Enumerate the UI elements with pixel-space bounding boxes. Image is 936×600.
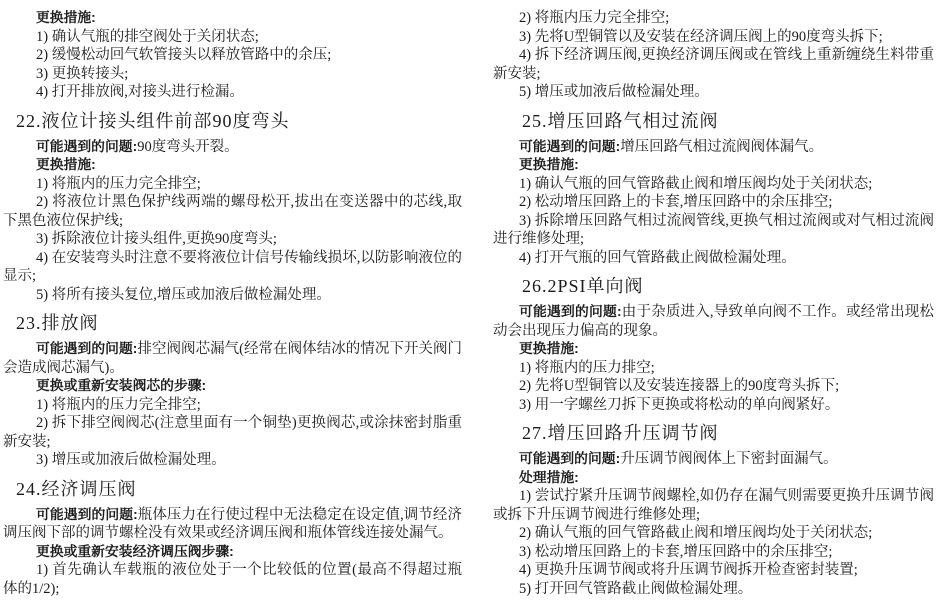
paragraph-text: 1) 首先确认车载瓶的液位处于一个比较低的位置(最高不得超过瓶体的1/2);: [3, 562, 462, 597]
procedure-step: 3) 更换转接头;: [3, 65, 462, 84]
bold-label: 处理措施:: [519, 470, 579, 485]
section-heading: 25.增压回路气相过流阀: [522, 110, 934, 133]
paragraph-text: 4) 打开气瓶的回气管路截止阀做检漏处理。: [519, 250, 796, 266]
bold-label: 可能遇到的问题:: [519, 139, 620, 154]
paragraph-text: 增压回路气相过流阀阀体漏气。: [620, 139, 823, 155]
paragraph-text: 1) 尝试拧紧升压调节阀螺栓,如仍存在漏气则需要更换升压调节阀或拆下升压调节阀进…: [493, 488, 934, 523]
paragraph-text: 5) 增压或加液后做检漏处理。: [519, 84, 709, 100]
procedure-step: 1) 尝试拧紧升压调节阀螺栓,如仍存在漏气则需要更换升压调节阀或拆下升压调节阀进…: [493, 487, 934, 524]
manual-document-page: 更换措施:1) 确认气瓶的排空阀处于关闭状态;2) 缓慢松动回气软管接头以释放管…: [0, 0, 936, 600]
left-text-column: 更换措施:1) 确认气瓶的排空阀处于关闭状态;2) 缓慢松动回气软管接头以释放管…: [3, 9, 462, 598]
procedure-step: 2) 将液位计黑色保护线两端的螺母松开,拔出在变送器中的芯线,取下黑色液位保护线…: [3, 193, 462, 230]
paragraph-text: 3) 增压或加液后做检漏处理。: [36, 452, 226, 468]
procedure-step: 1) 将瓶内的压力完全排空;: [3, 175, 462, 194]
section-heading: 22.液位计接头组件前部90度弯头: [16, 110, 462, 133]
bold-label: 更换措施:: [519, 341, 579, 356]
bold-label: 更换措施:: [519, 157, 579, 172]
bold-label: 可能遇到的问题:: [519, 451, 620, 466]
procedure-step: 5) 增压或加液后做检漏处理。: [493, 83, 934, 102]
right-text-column: 2) 将瓶内压力完全排空;3) 先将U型铜管以及安装在经济调压阀上的90度弯头拆…: [493, 9, 934, 598]
procedure-step: 1) 将瓶内的压力完全排空;: [3, 396, 462, 415]
procedure-step: 5) 将所有接头复位,增压或加液后做检漏处理。: [3, 286, 462, 305]
paragraph-text: 2) 先将U型铜管以及安装连接器上的90度弯头拆下;: [519, 378, 839, 394]
paragraph-text: 2) 将瓶内压力完全排空;: [519, 10, 669, 26]
procedure-step: 4) 更换升压调节阀或将升压调节阀拆开检查密封装置;: [493, 561, 934, 580]
procedure-step: 5) 打开回气管路截止阀做检漏处理。: [493, 580, 934, 599]
paragraph-label-line: 更换或重新安装经济调压阀步骤:: [3, 543, 462, 562]
section-heading: 27.增压回路升压调节阀: [522, 422, 934, 445]
procedure-step: 4) 拆下经济调压阀,更换经济调压阀或在管线上重新缠绕生料带重新安装;: [493, 46, 934, 83]
paragraph-text: 1) 确认气瓶的回气管路截止阀和增压阀均处于关闭状态;: [519, 176, 872, 192]
procedure-step: 3) 拆除增压回路气相过流阀管线,更换气相过流阀或对气相过流阀进行维修处理;: [493, 212, 934, 249]
section-heading: 26.2PSI单向阀: [522, 275, 934, 298]
procedure-step: 3) 先将U型铜管以及安装在经济调压阀上的90度弯头拆下;: [493, 28, 934, 47]
paragraph-label-line: 更换措施:: [493, 156, 934, 175]
procedure-step: 4) 打开气瓶的回气管路截止阀做检漏处理。: [493, 249, 934, 268]
paragraph-text: 3) 拆除液位计接头组件,更换90度弯头;: [36, 231, 277, 247]
paragraph-text: 4) 在安装弯头时注意不要将液位计信号传输线损坏,以防影响液位的显示;: [3, 250, 462, 285]
paragraph-text: 1) 将瓶内的压力排空;: [519, 360, 655, 376]
procedure-step: 2) 松动增压回路上的卡套,增压回路中的余压排空;: [493, 193, 934, 212]
paragraph-text: 5) 将所有接头复位,增压或加液后做检漏处理。: [36, 287, 331, 303]
paragraph-label-line: 可能遇到的问题:瓶体压力在行使过程中无法稳定在设定值,调节经济调压阀下部的调节螺…: [3, 506, 462, 543]
procedure-step: 1) 将瓶内的压力排空;: [493, 359, 934, 378]
paragraph-text: 3) 先将U型铜管以及安装在经济调压阀上的90度弯头拆下;: [519, 29, 883, 45]
procedure-step: 3) 松动增压回路上的卡套,增压回路中的余压排空;: [493, 543, 934, 562]
paragraph-text: 5) 打开回气管路截止阀做检漏处理。: [519, 581, 752, 597]
paragraph-label-line: 更换或重新安装阀芯的步骤:: [3, 377, 462, 396]
paragraph-label-line: 可能遇到的问题:90度弯头开裂。: [3, 138, 462, 157]
paragraph-text: 4) 拆下经济调压阀,更换经济调压阀或在管线上重新缠绕生料带重新安装;: [493, 47, 934, 82]
paragraph-text: 4) 更换升压调节阀或将升压调节阀拆开检查密封装置;: [519, 562, 858, 578]
paragraph-text: 升压调节阀阀体上下密封面漏气。: [620, 451, 838, 467]
paragraph-text: 3) 松动增压回路上的卡套,增压回路中的余压排空;: [519, 544, 832, 560]
bold-label: 可能遇到的问题:: [519, 304, 622, 319]
procedure-step: 1) 首先确认车载瓶的液位处于一个比较低的位置(最高不得超过瓶体的1/2);: [3, 561, 462, 598]
paragraph-text: 2) 松动增压回路上的卡套,增压回路中的余压排空;: [519, 194, 832, 210]
procedure-step: 1) 确认气瓶的回气管路截止阀和增压阀均处于关闭状态;: [493, 175, 934, 194]
paragraph-text: 2) 拆下排空阀阀芯(注意里面有一个铜垫)更换阀芯,或涂抹密封脂重新安装;: [3, 415, 462, 450]
bold-label: 更换措施:: [36, 157, 96, 172]
paragraph-text: 3) 更换转接头;: [36, 66, 128, 82]
procedure-step: 4) 在安装弯头时注意不要将液位计信号传输线损坏,以防影响液位的显示;: [3, 249, 462, 286]
bold-label: 可能遇到的问题:: [36, 139, 137, 154]
procedure-step: 4) 打开排放阀,对接头进行检漏。: [3, 83, 462, 102]
paragraph-label-line: 可能遇到的问题:增压回路气相过流阀阀体漏气。: [493, 138, 934, 157]
paragraph-text: 1) 将瓶内的压力完全排空;: [36, 397, 201, 413]
bold-label: 更换或重新安装经济调压阀步骤:: [36, 544, 234, 559]
procedure-step: 2) 拆下排空阀阀芯(注意里面有一个铜垫)更换阀芯,或涂抹密封脂重新安装;: [3, 414, 462, 451]
paragraph-label-line: 可能遇到的问题:升压调节阀阀体上下密封面漏气。: [493, 450, 934, 469]
paragraph-text: 2) 缓慢松动回气软管接头以释放管路中的余压;: [36, 47, 331, 63]
bold-label: 可能遇到的问题:: [36, 341, 137, 356]
paragraph-label-line: 更换措施:: [493, 340, 934, 359]
paragraph-label-line: 更换措施:: [3, 9, 462, 28]
bold-label: 可能遇到的问题:: [36, 507, 138, 522]
bold-label: 更换或重新安装阀芯的步骤:: [36, 378, 206, 393]
paragraph-text: 1) 将瓶内的压力完全排空;: [36, 176, 201, 192]
section-heading: 24.经济调压阀: [16, 478, 462, 501]
paragraph-text: 2) 将液位计黑色保护线两端的螺母松开,拔出在变送器中的芯线,取下黑色液位保护线…: [3, 194, 462, 229]
paragraph-text: 3) 用一字螺丝刀拆下更换或将松动的单向阀紧好。: [519, 397, 839, 413]
procedure-step: 1) 确认气瓶的排空阀处于关闭状态;: [3, 28, 462, 47]
paragraph-label-line: 可能遇到的问题:由于杂质进入,导致单向阀不工作。或经常出现松动会出现压力偏高的现…: [493, 303, 934, 340]
paragraph-text: 2) 确认气瓶的回气管路截止阀和增压阀均处于关闭状态;: [519, 525, 872, 541]
paragraph-text: 90度弯头开裂。: [137, 139, 239, 155]
procedure-step: 2) 缓慢松动回气软管接头以释放管路中的余压;: [3, 46, 462, 65]
procedure-step: 2) 将瓶内压力完全排空;: [493, 9, 934, 28]
paragraph-text: 3) 拆除增压回路气相过流阀管线,更换气相过流阀或对气相过流阀进行维修处理;: [493, 213, 934, 248]
paragraph-label-line: 处理措施:: [493, 469, 934, 488]
paragraph-label-line: 更换措施:: [3, 156, 462, 175]
procedure-step: 3) 增压或加液后做检漏处理。: [3, 451, 462, 470]
procedure-step: 3) 用一字螺丝刀拆下更换或将松动的单向阀紧好。: [493, 396, 934, 415]
procedure-step: 2) 确认气瓶的回气管路截止阀和增压阀均处于关闭状态;: [493, 524, 934, 543]
procedure-step: 2) 先将U型铜管以及安装连接器上的90度弯头拆下;: [493, 377, 934, 396]
paragraph-label-line: 可能遇到的问题:排空阀阀芯漏气(经常在阀体结冰的情况下开关阀门会造成阀芯漏气)。: [3, 340, 462, 377]
section-heading: 23.排放阀: [16, 312, 462, 335]
paragraph-text: 1) 确认气瓶的排空阀处于关闭状态;: [36, 29, 259, 45]
paragraph-text: 4) 打开排放阀,对接头进行检漏。: [36, 84, 244, 100]
procedure-step: 3) 拆除液位计接头组件,更换90度弯头;: [3, 230, 462, 249]
bold-label: 更换措施:: [36, 10, 96, 25]
